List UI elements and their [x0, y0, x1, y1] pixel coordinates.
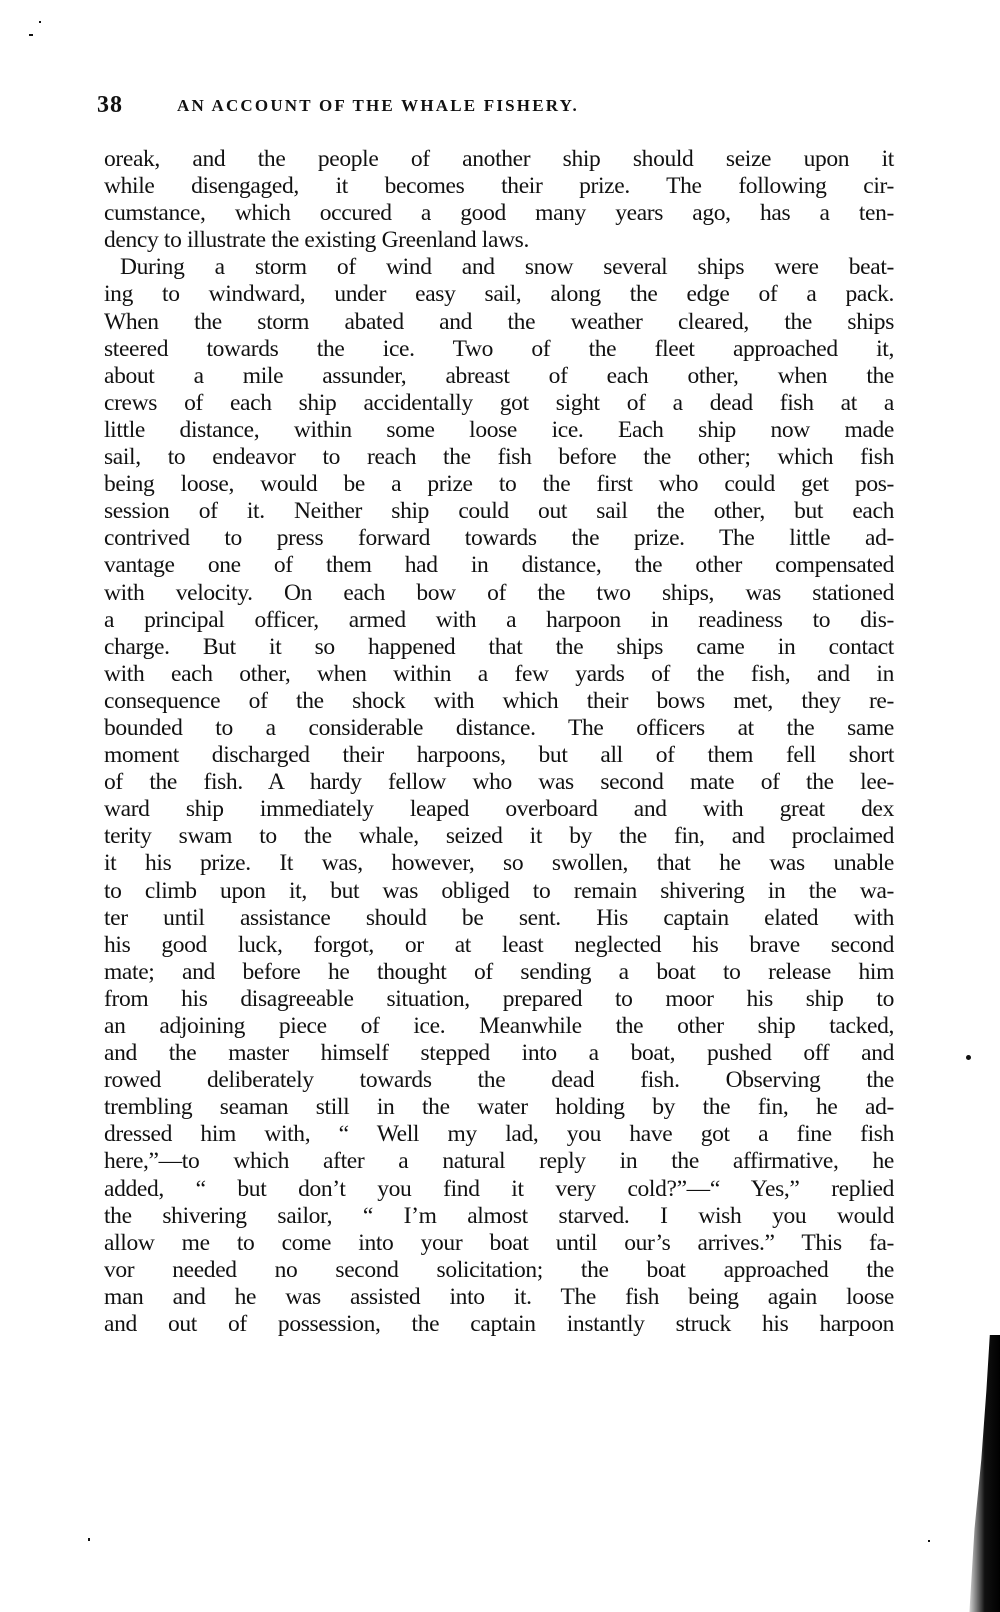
- scan-speck: [966, 1055, 971, 1060]
- body-text: oreak, and the people of another ship sh…: [104, 146, 894, 1338]
- text-line: from his disagreeable situation, prepare…: [104, 986, 894, 1013]
- page-header: 38 AN ACCOUNT OF THE WHALE FISHERY.: [97, 92, 887, 122]
- text-line: it his prize. It was, however, so swolle…: [104, 850, 894, 877]
- text-line: vor needed no second solicitation; the b…: [104, 1257, 894, 1284]
- book-page: 38 AN ACCOUNT OF THE WHALE FISHERY. orea…: [0, 0, 1000, 1612]
- text-line: being loose, would be a prize to the fir…: [104, 471, 894, 498]
- text-line: and the master himself stepped into a bo…: [104, 1040, 894, 1067]
- text-line: mate; and before he thought of sending a…: [104, 959, 894, 986]
- scan-speck: [39, 21, 41, 23]
- text-line: steered towards the ice. Two of the flee…: [104, 336, 894, 363]
- text-line: crews of each ship accidentally got sigh…: [104, 390, 894, 417]
- page-edge-shadow: [966, 1335, 1000, 1612]
- text-line: sail, to endeavor to reach the fish befo…: [104, 444, 894, 471]
- text-line: dency to illustrate the existing Greenla…: [104, 227, 894, 254]
- text-line: bounded to a considerable distance. The …: [104, 715, 894, 742]
- text-line: oreak, and the people of another ship sh…: [104, 146, 894, 173]
- text-line: the shivering sailor, “ I’m almost starv…: [104, 1203, 894, 1230]
- running-head: AN ACCOUNT OF THE WHALE FISHERY.: [177, 96, 579, 116]
- text-line: to climb upon it, but was obliged to rem…: [104, 878, 894, 905]
- text-line: trembling seaman still in the water hold…: [104, 1094, 894, 1121]
- text-line: his good luck, forgot, or at least negle…: [104, 932, 894, 959]
- text-line: with velocity. On each bow of the two sh…: [104, 580, 894, 607]
- text-line: allow me to come into your boat until ou…: [104, 1230, 894, 1257]
- text-line: an adjoining piece of ice. Meanwhile the…: [104, 1013, 894, 1040]
- text-line: added, “ but don’t you find it very cold…: [104, 1176, 894, 1203]
- scan-speck: [928, 1540, 930, 1542]
- text-line: moment discharged their harpoons, but al…: [104, 742, 894, 769]
- page-number: 38: [97, 92, 123, 119]
- text-line: little distance, within some loose ice. …: [104, 417, 894, 444]
- text-line: while disengaged, it becomes their prize…: [104, 173, 894, 200]
- text-line: a principal officer, armed with a harpoo…: [104, 607, 894, 634]
- paragraph-start-line: During a storm of wind and snow several …: [104, 254, 894, 281]
- text-line: cumstance, which occured a good many yea…: [104, 200, 894, 227]
- text-line: When the storm abated and the weather cl…: [104, 309, 894, 336]
- text-line: contrived to press forward towards the p…: [104, 525, 894, 552]
- text-line: terity swam to the whale, seized it by t…: [104, 823, 894, 850]
- text-line: dressed him with, “ Well my lad, you hav…: [104, 1121, 894, 1148]
- text-line: vantage one of them had in distance, the…: [104, 552, 894, 579]
- text-line: ward ship immediately leaped overboard a…: [104, 796, 894, 823]
- text-line: of the fish. A hardy fellow who was seco…: [104, 769, 894, 796]
- text-line: rowed deliberately towards the dead fish…: [104, 1067, 894, 1094]
- text-line: with each other, when within a few yards…: [104, 661, 894, 688]
- text-line: about a mile assunder, abreast of each o…: [104, 363, 894, 390]
- text-line: and out of possession, the captain insta…: [104, 1311, 894, 1338]
- text-line: consequence of the shock with which thei…: [104, 688, 894, 715]
- scan-speck: [29, 34, 33, 36]
- text-line: charge. But it so happened that the ship…: [104, 634, 894, 661]
- text-line: here,”—to which after a natural reply in…: [104, 1148, 894, 1175]
- text-line: man and he was assisted into it. The fis…: [104, 1284, 894, 1311]
- text-line: ing to windward, under easy sail, along …: [104, 281, 894, 308]
- scan-speck: [88, 1538, 90, 1541]
- text-line: ter until assistance should be sent. His…: [104, 905, 894, 932]
- text-line: session of it. Neither ship could out sa…: [104, 498, 894, 525]
